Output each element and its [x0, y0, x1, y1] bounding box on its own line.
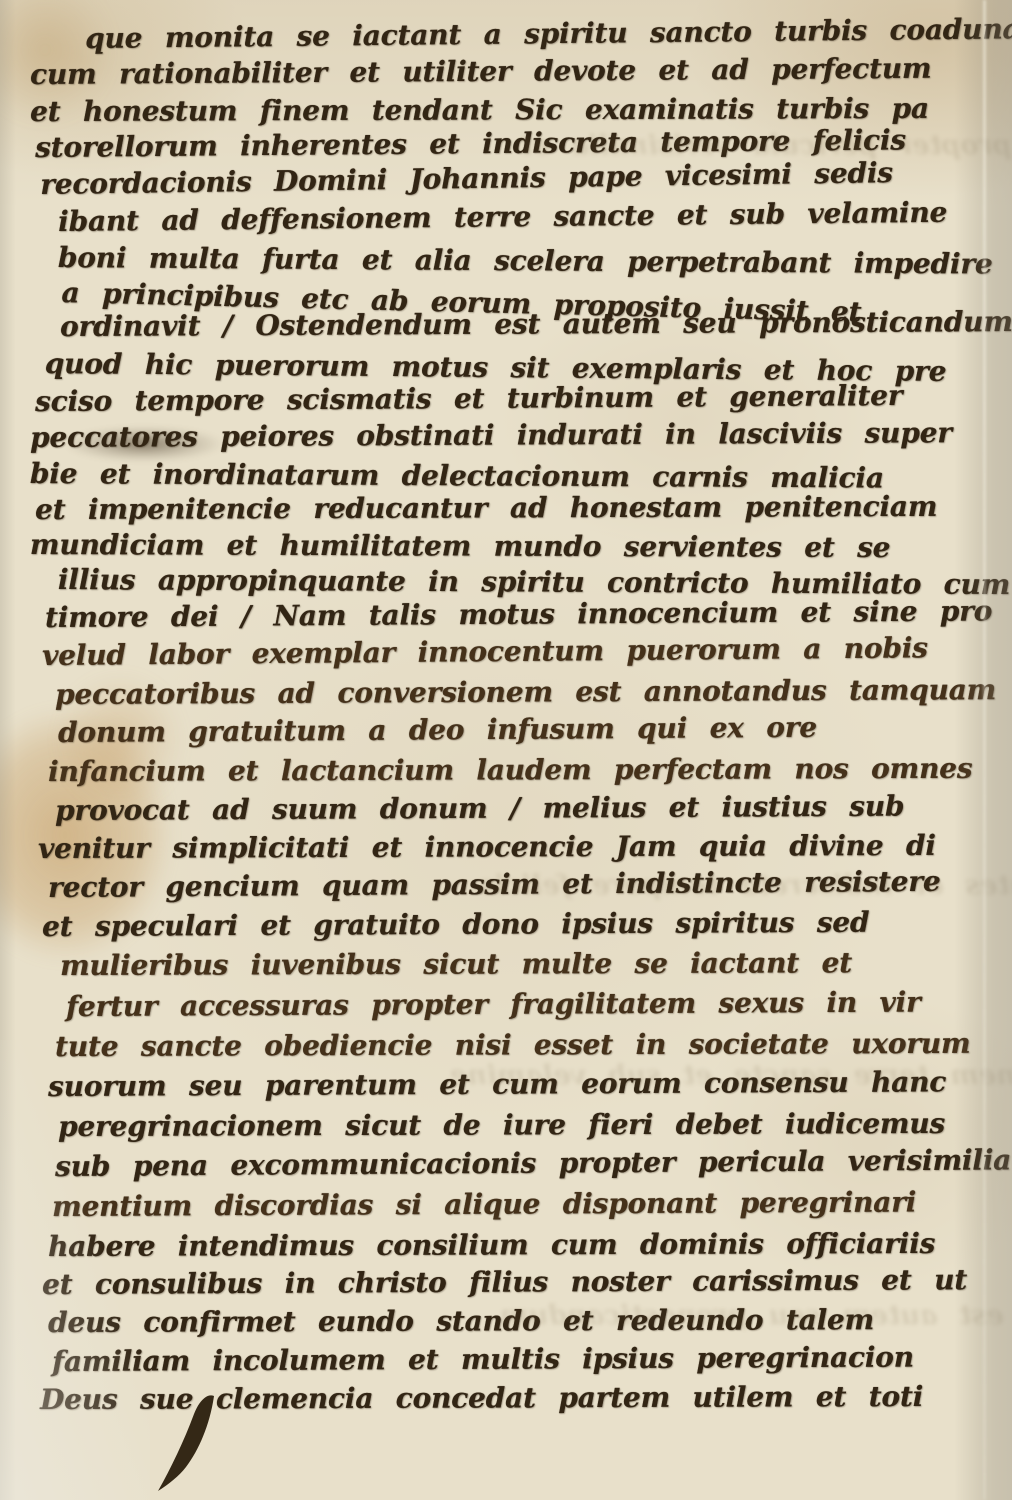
text-line: rector gencium quam passim et indistinct…	[48, 865, 941, 905]
page-edge-crease	[983, 0, 986, 1500]
text-line: mulieribus iuvenibus sicut multe se iact…	[60, 946, 852, 983]
text-line: ordinavit / Ostendendum est autem seu pr…	[60, 305, 1012, 344]
text-line: boni multa furta et alia scelera perpetr…	[58, 241, 993, 282]
text-line: que monita se iactant a spiritu sancto t…	[85, 12, 1012, 56]
text-line: peregrinacionem sicut de iure fieri debe…	[58, 1107, 945, 1144]
text-line: sub pena excommunicacionis propter peric…	[55, 1143, 1012, 1184]
manuscript-page: que monita se iactant a spiritu sancto t…	[0, 0, 1012, 1500]
text-line: suorum seu parentum et cum eorum consens…	[48, 1065, 946, 1104]
text-line: et speculari et gratuito dono ipsius spi…	[42, 906, 869, 944]
text-line: timore dei / Nam talis motus innocencium…	[45, 594, 992, 635]
text-line: ibant ad deffensionem terre sancte et su…	[58, 196, 947, 239]
text-line: sciso tempore scismatis et turbinum et g…	[35, 379, 902, 419]
text-line: et impenitencie reducantur ad honestam p…	[35, 490, 937, 527]
page-left-edge	[0, 0, 16, 1500]
text-line: tute sancte obediencie nisi esset in soc…	[55, 1027, 971, 1064]
text-line: mundiciam et humilitatem mundo serviente…	[30, 528, 891, 565]
text-line: cum rationabiliter et utiliter devote et…	[30, 52, 931, 92]
text-line: deus confirmet eundo stando et redeundo …	[48, 1303, 874, 1340]
text-line: velud labor exemplar innocentum puerorum…	[42, 631, 928, 673]
text-line: infancium et lactancium laudem perfectam…	[48, 752, 972, 789]
text-line: mentium discordias si alique disponant p…	[52, 1185, 916, 1224]
text-line: Deus sue clemencia concedat partem utile…	[40, 1380, 923, 1417]
text-line: venitur simplicitati et innocencie Jam q…	[38, 829, 936, 866]
text-line: donum gratuitum a deo infusum qui ex ore	[58, 711, 817, 750]
text-line: et consulibus in christo filius noster c…	[42, 1263, 967, 1302]
text-line: provocat ad suum donum / melius et iusti…	[55, 790, 904, 828]
text-line: peccatoribus ad conversionem est annotan…	[55, 673, 996, 712]
text-line: familiam incolumem et multis ipsius pere…	[52, 1340, 914, 1379]
text-line: fertur accessuras propter fragilitatem s…	[66, 986, 921, 1024]
text-line: peccatores peiores obstinati indurati in…	[30, 416, 952, 455]
text-line: habere intendimus consilium cum dominis …	[48, 1227, 935, 1264]
